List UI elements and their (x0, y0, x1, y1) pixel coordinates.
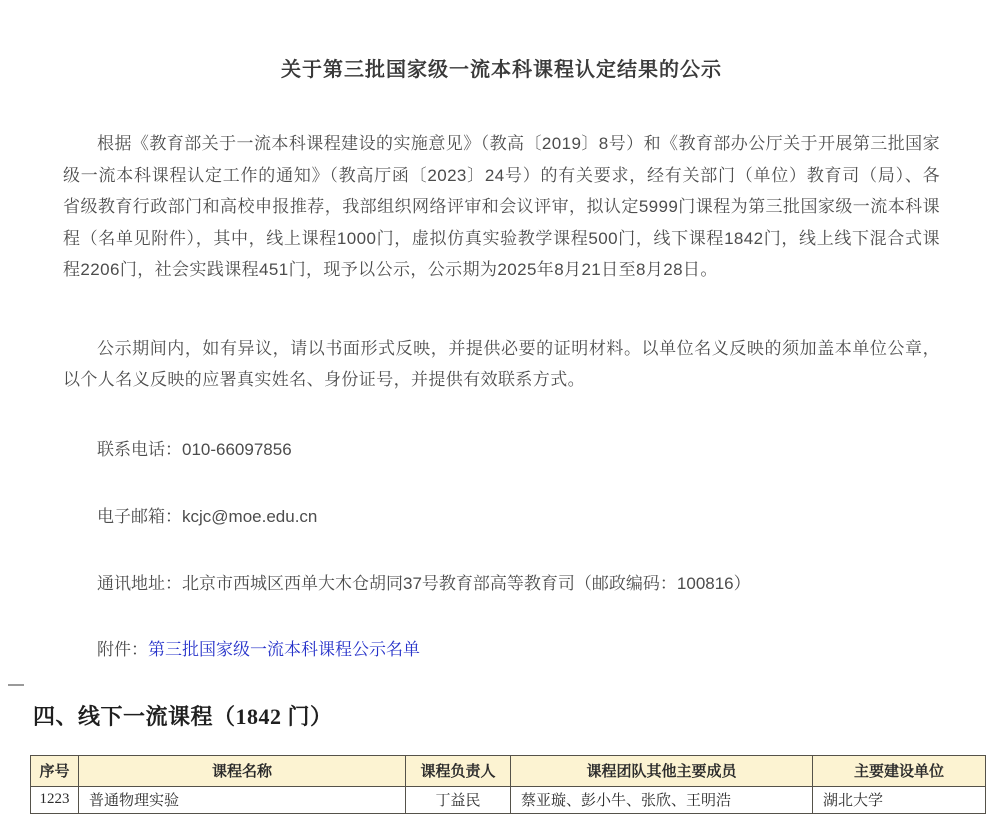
course-table: 序号 课程名称 课程负责人 课程团队其他主要成员 主要建设单位 1223 普通物… (30, 755, 986, 814)
attachment-label: 附件： (97, 640, 148, 659)
cell-course-name: 普通物理实验 (79, 786, 406, 813)
contact-phone-value: 010-66097856 (182, 440, 292, 459)
page-break-marker (8, 684, 24, 686)
contact-address-label: 通讯地址： (97, 574, 182, 593)
contact-address-line: 通讯地址：北京市西城区西单大木仓胡同37号教育部高等教育司（邮政编码：10081… (63, 568, 940, 600)
contact-email-value: kcjc@moe.edu.cn (182, 507, 317, 526)
attachment-preview-section: 四、线下一流课程（1842 门） 序号 课程名称 课程负责人 课程团队其他主要成… (30, 702, 985, 814)
contact-email-label: 电子邮箱： (97, 507, 182, 526)
header-course-leader: 课程负责人 (406, 755, 511, 786)
table-row: 1223 普通物理实验 丁益民 蔡亚璇、彭小牛、张欣、王明浩 湖北大学 (31, 786, 986, 813)
cell-building-unit: 湖北大学 (813, 786, 986, 813)
cell-course-leader: 丁益民 (406, 786, 511, 813)
header-serial-number: 序号 (31, 755, 79, 786)
contact-email-line: 电子邮箱：kcjc@moe.edu.cn (63, 501, 940, 533)
header-building-unit: 主要建设单位 (813, 755, 986, 786)
header-course-name: 课程名称 (79, 755, 406, 786)
table-header-row: 序号 课程名称 课程负责人 课程团队其他主要成员 主要建设单位 (31, 755, 986, 786)
contact-address-value: 北京市西城区西单大木仓胡同37号教育部高等教育司（邮政编码：100816） (182, 574, 751, 593)
announcement-paragraph-2: 公示期间内，如有异议，请以书面形式反映，并提供必要的证明材料。以单位名义反映的须… (63, 333, 940, 396)
section-heading-offline-courses: 四、线下一流课程（1842 门） (33, 702, 985, 732)
cell-serial-number: 1223 (31, 786, 79, 813)
announcement-body: 根据《教育部关于一流本科课程建设的实施意见》（教高〔2019〕8号）和《教育部办… (63, 128, 940, 666)
contact-phone-label: 联系电话： (97, 440, 182, 459)
contact-phone-line: 联系电话：010-66097856 (63, 434, 940, 466)
page-title: 关于第三批国家级一流本科课程认定结果的公示 (0, 0, 1003, 84)
cell-team-members: 蔡亚璇、彭小牛、张欣、王明浩 (511, 786, 813, 813)
attachment-link[interactable]: 第三批国家级一流本科课程公示名单 (148, 640, 420, 659)
attachment-line: 附件：第三批国家级一流本科课程公示名单 (63, 634, 940, 666)
announcement-paragraph-1: 根据《教育部关于一流本科课程建设的实施意见》（教高〔2019〕8号）和《教育部办… (63, 128, 940, 286)
header-team-members: 课程团队其他主要成员 (511, 755, 813, 786)
